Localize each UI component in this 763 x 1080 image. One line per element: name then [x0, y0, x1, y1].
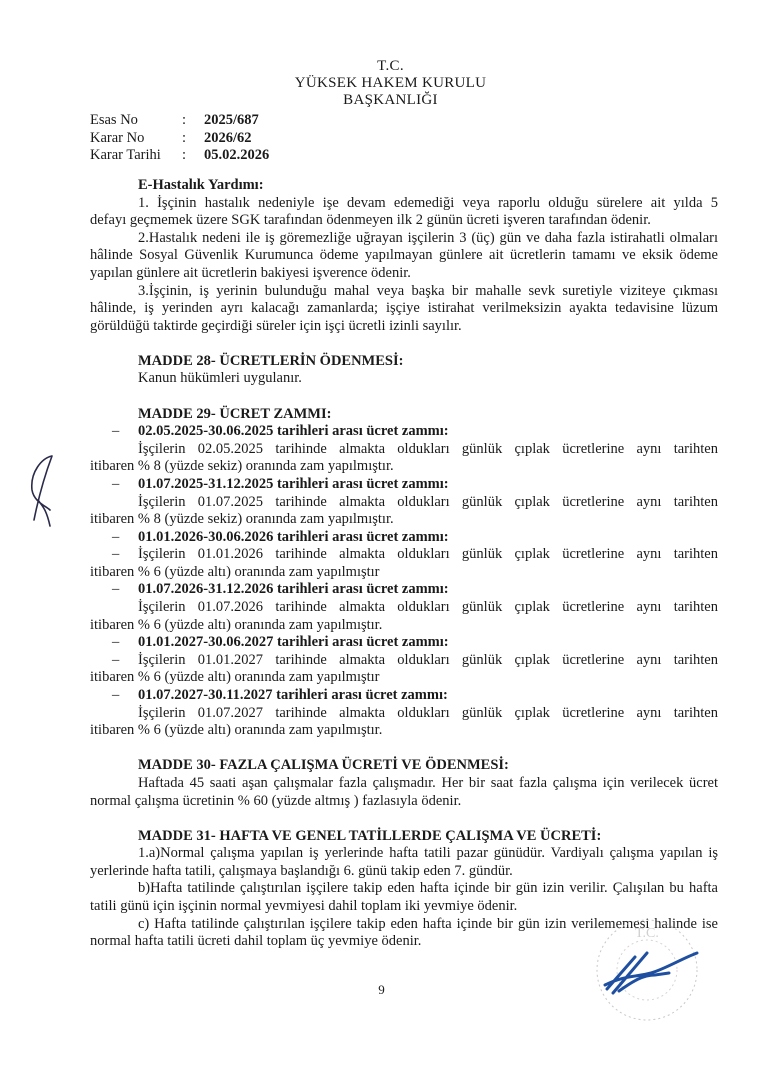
- raise-item-line1: İşçilerin 01.07.2025 tarihinde almakta o…: [90, 494, 718, 512]
- madde31-a: 1.a)Normal çalışma yapılan iş yerlerinde…: [90, 845, 718, 880]
- dash-bullet: –: [112, 652, 138, 670]
- dash-bullet: –: [112, 687, 138, 705]
- section-e-p1-rest: defayı geçmemek üzere SGK tarafından öde…: [90, 212, 718, 230]
- raise-item-line1: İşçilerin 02.05.2025 tarihinde almakta o…: [90, 441, 718, 459]
- dash-bullet: –: [112, 476, 138, 494]
- meta-colon: :: [182, 147, 204, 165]
- raise-period: 01.07.2026-31.12.2026 tarihleri arası üc…: [138, 581, 449, 599]
- meta-label: Karar Tarihi: [90, 147, 182, 165]
- raise-item-line2: itibaren % 8 (yüzde sekiz) oranında zam …: [90, 458, 718, 476]
- raise-text: İşçilerin 01.01.2027 tarihinde almakta o…: [138, 652, 718, 670]
- raise-item-heading: –01.07.2025-31.12.2025 tarihleri arası ü…: [112, 476, 718, 494]
- madde30-text: Haftada 45 saati aşan çalışmalar fazla ç…: [90, 775, 718, 810]
- section-e-p3: 3.İşçinin, iş yerinin bulunduğu mahal ve…: [90, 283, 718, 336]
- meta-label: Karar No: [90, 130, 182, 148]
- meta-row-tarih: Karar Tarihi : 05.02.2026: [90, 147, 269, 165]
- wage-raise-list: –02.05.2025-30.06.2025 tarihleri arası ü…: [90, 423, 718, 740]
- page-number: 9: [0, 982, 763, 998]
- madde31-title: MADDE 31- HAFTA VE GENEL TATİLLERDE ÇALI…: [138, 828, 718, 846]
- madde31-b: b)Hafta tatilinde çalıştırılan işçilere …: [90, 880, 718, 915]
- raise-item-line1: –İşçilerin 01.01.2027 tarihinde almakta …: [112, 652, 718, 670]
- meta-value: 2026/62: [204, 130, 252, 148]
- raise-item-heading: –01.01.2026-30.06.2026 tarihleri arası ü…: [112, 529, 718, 547]
- header-presidency: BAŞKANLIĞI: [9, 92, 763, 109]
- meta-row-esas: Esas No : 2025/687: [90, 112, 269, 130]
- case-metadata: Esas No : 2025/687 Karar No : 2026/62 Ka…: [90, 112, 269, 165]
- raise-item-line2: itibaren % 6 (yüzde altı) oranında zam y…: [90, 564, 718, 582]
- raise-item-heading: –01.07.2026-31.12.2026 tarihleri arası ü…: [112, 581, 718, 599]
- meta-value: 2025/687: [204, 112, 259, 130]
- dash-bullet: –: [112, 529, 138, 547]
- dash-bullet: –: [112, 634, 138, 652]
- raise-item-heading: –02.05.2025-30.06.2025 tarihleri arası ü…: [112, 423, 718, 441]
- stamp-signature-icon: T.C.: [585, 915, 715, 1030]
- raise-text: İşçilerin 01.01.2026 tarihinde almakta o…: [138, 546, 718, 564]
- svg-text:T.C.: T.C.: [635, 926, 659, 941]
- madde29-title: MADDE 29- ÜCRET ZAMMI:: [138, 406, 718, 424]
- raise-item-line1: İşçilerin 01.07.2026 tarihinde almakta o…: [90, 599, 718, 617]
- document-body: E-Hastalık Yardımı: 1. İşçinin hastalık …: [90, 177, 718, 951]
- raise-item-line2: itibaren % 8 (yüzde sekiz) oranında zam …: [90, 511, 718, 529]
- raise-item-line2: itibaren % 6 (yüzde altı) oranında zam y…: [90, 669, 718, 687]
- raise-item-line2: itibaren % 6 (yüzde altı) oranında zam y…: [90, 722, 718, 740]
- header-tc: T.C.: [9, 58, 763, 75]
- left-signature-icon: [20, 450, 60, 530]
- meta-row-karar: Karar No : 2026/62: [90, 130, 269, 148]
- raise-period: 01.07.2025-31.12.2025 tarihleri arası üc…: [138, 476, 449, 494]
- document-page: T.C. YÜKSEK HAKEM KURULU BAŞKANLIĞI Esas…: [0, 0, 763, 1080]
- meta-label: Esas No: [90, 112, 182, 130]
- section-e-title: E-Hastalık Yardımı:: [138, 177, 718, 195]
- dash-bullet: –: [112, 581, 138, 599]
- header-institution: YÜKSEK HAKEM KURULU: [9, 75, 763, 92]
- meta-value: 05.02.2026: [204, 147, 269, 165]
- raise-item-heading: –01.01.2027-30.06.2027 tarihleri arası ü…: [112, 634, 718, 652]
- raise-period: 02.05.2025-30.06.2025 tarihleri arası üc…: [138, 423, 449, 441]
- madde30-title: MADDE 30- FAZLA ÇALIŞMA ÜCRETİ VE ÖDENME…: [138, 757, 718, 775]
- madde28-text: Kanun hükümleri uygulanır.: [138, 370, 718, 388]
- raise-item-line2: itibaren % 6 (yüzde altı) oranında zam y…: [90, 617, 718, 635]
- raise-period: 01.01.2026-30.06.2026 tarihleri arası üc…: [138, 529, 449, 547]
- dash-bullet: –: [112, 546, 138, 564]
- raise-item-line1: –İşçilerin 01.01.2026 tarihinde almakta …: [112, 546, 718, 564]
- meta-colon: :: [182, 112, 204, 130]
- madde28-title: MADDE 28- ÜCRETLERİN ÖDENMESİ:: [138, 353, 718, 371]
- section-e-p2: 2.Hastalık nedeni ile iş göremezliğe uğr…: [90, 230, 718, 283]
- raise-period: 01.01.2027-30.06.2027 tarihleri arası üc…: [138, 634, 449, 652]
- dash-bullet: –: [112, 423, 138, 441]
- raise-period: 01.07.2027-30.11.2027 tarihleri arası üc…: [138, 687, 448, 705]
- section-e-p1-first: 1. İşçinin hastalık nedeniyle işe devam …: [90, 195, 718, 213]
- raise-item-heading: –01.07.2027-30.11.2027 tarihleri arası ü…: [112, 687, 718, 705]
- raise-item-line1: İşçilerin 01.07.2027 tarihinde almakta o…: [90, 705, 718, 723]
- meta-colon: :: [182, 130, 204, 148]
